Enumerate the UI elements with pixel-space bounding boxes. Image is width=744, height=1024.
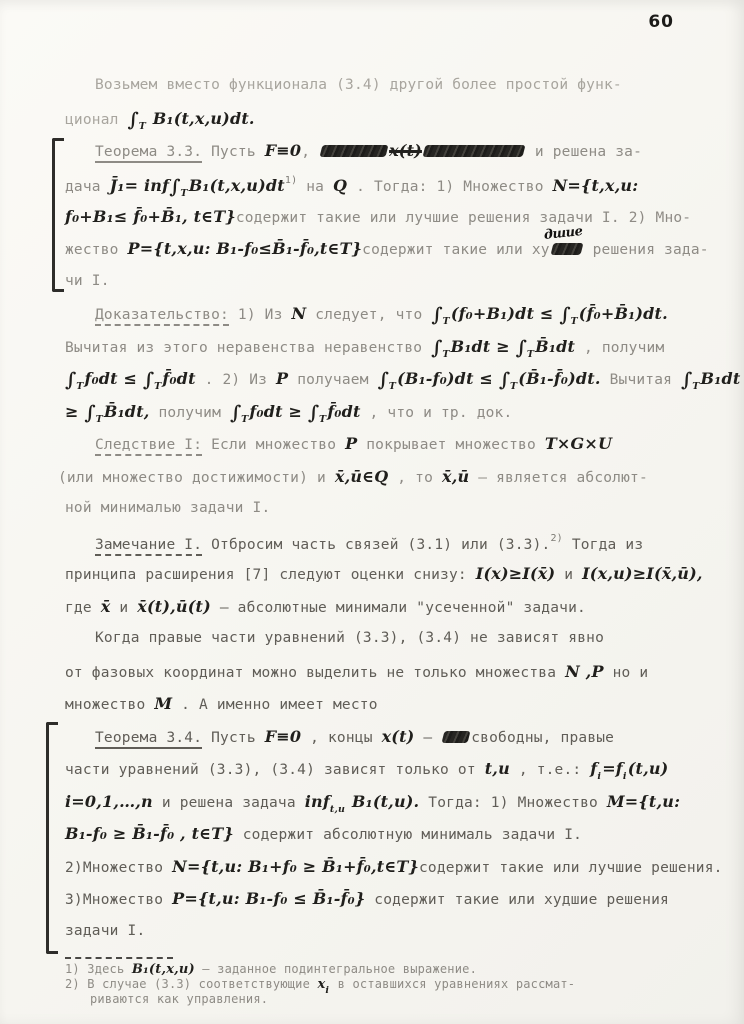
text-line: 3)Множество P={t,u: B₁-f₀ ≤ B̄₁-f̄₀} сод… [65,891,669,908]
text-line: Теорема 3.3. Пусть F≡0, x(t) и решена за… [95,143,642,160]
text-line: Когда правые части уравнений (3.3), (3.4… [95,631,604,646]
text-line: f₀+B₁≤ f̄₀+B̄₁, t∈T}содержит такие или л… [65,209,691,226]
text-line: ∫Tf₀dt ≤ ∫Tf̄₀dt . 2) Из P получаем ∫T(B… [65,371,744,392]
text-line: принципа расширения [7] следуют оценки с… [65,566,703,583]
page-number: 60 [648,12,674,32]
text-line: 1) Здесь B₁(t,x,u) – заданное подинтегра… [65,963,477,976]
text-line: дача J̄₁= inf∫TB₁(t,x,u)dt1) на Q . Тогд… [65,176,638,199]
margin-bracket [46,722,58,954]
text-line: ционал ∫T B₁(t,x,u)dt. [65,111,255,132]
text-line: B₁-f₀ ≥ B̄₁-f̄₀ , t∈T} содержит абсолютн… [65,826,582,843]
text-line: части уравнений (3.3), (3.4) зависят тол… [65,761,668,782]
text-line: Замечание I. Отбросим часть связей (3.1)… [95,534,643,553]
text-line: Доказательство: 1) Из N следует, что ∫T(… [95,306,668,327]
text-line: от фазовых координат можно выделить не т… [65,664,648,681]
text-line: Следствие I: Если множество P покрывает … [95,436,612,453]
text-line: риваются как управления. [90,993,268,1005]
text-line: жество P={t,x,u: B₁-f₀≤B̄₁-f̄₀,t∈T}содер… [65,241,709,258]
text-line: Возьмем вместо функционала (3.4) другой … [95,78,622,93]
text-line: ной минималью задачи I. [65,501,270,516]
text-line: где x̄ и x̄(t),ū(t) – абсолютные минимал… [65,599,586,616]
text-line: i=0,1,…,n и решена задача inft,u B₁(t,u)… [65,794,680,815]
margin-bracket [52,138,64,292]
text-line: 2)Множество N={t,u: B₁+f₀ ≥ B̄₁+f̄₀,t∈T}… [65,859,723,876]
text-line: чи I. [65,274,110,289]
text-line: ≥ ∫TB̄₁dt, получим ∫Tf₀dt ≥ ∫Tf̄₀dt , чт… [65,404,512,425]
text-line: Вычитая из этого неравенства неравенство… [65,339,664,360]
text-line: Теорема 3.4. Пусть F≡0 , концы x(t) – св… [95,729,614,746]
text-line: (или множество достижимости) и x̄,ū∈Q , … [58,469,648,486]
scanned-document-page: 60 Возьмем вместо функционала (3.4) друг… [0,0,744,1024]
text-line: множество M . А именно имеет место [65,696,378,713]
text-line: задачи I. [65,924,145,939]
